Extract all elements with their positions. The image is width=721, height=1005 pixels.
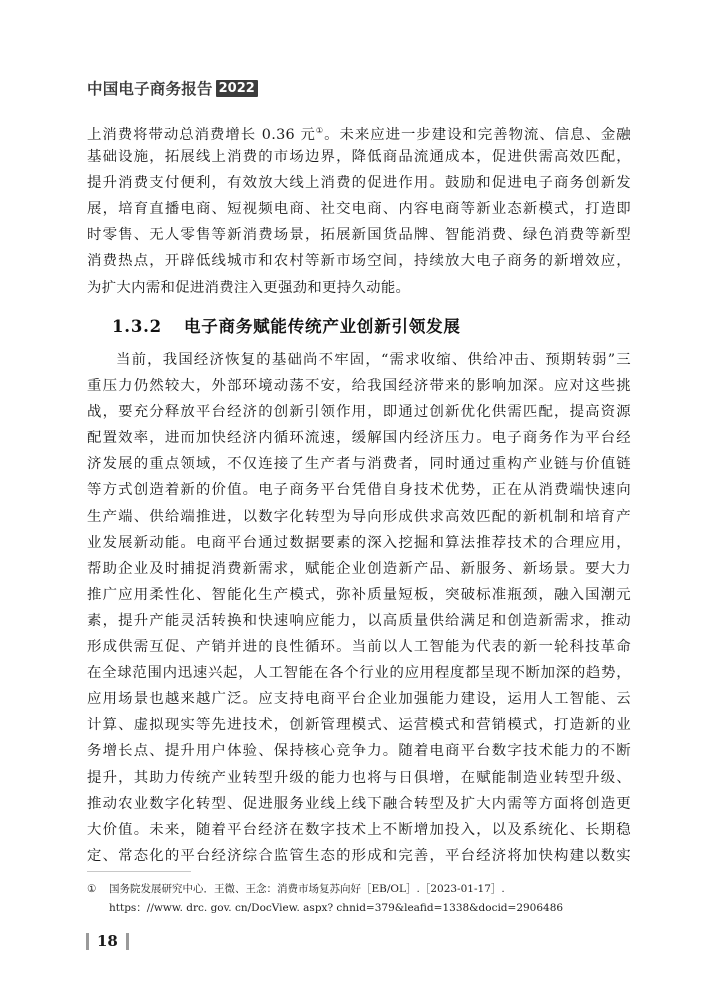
section-title: 电子商务赋能传统产业创新引领发展: [184, 317, 461, 336]
text-line: 定、常态化的平台经济综合监管生态的形成和完善，平台经济将加快构建以数实: [87, 843, 631, 869]
text-line: 上消费将带动总消费增长 0.36 元①。未来应进一步建设和完善物流、信息、金融: [87, 118, 631, 144]
page-number: 18: [97, 932, 118, 950]
text-line: 提升，其助力传统产业转型升级的能力也将与日俱增，在赋能制造业转型升级、: [87, 765, 631, 791]
folio-bar-right: [126, 933, 129, 950]
text-line: 应用场景也越来越广泛。应支持电商平台企业加强能力建设，运用人工智能、云: [87, 686, 631, 712]
text-line: 提升消费支付便利，有效放大线上消费的促进作用。鼓励和促进电子商务创新发: [87, 170, 631, 196]
footnote: ①国务院发展研究中心．王微、王念：消费市场复苏向好［EB/OL］.［2023-0…: [87, 880, 563, 918]
text-line: 消费热点，开辟低线城市和农村等新市场空间，持续放大电子商务的新增效应，: [87, 248, 631, 274]
footnote-citation: 国务院发展研究中心．王微、王念：消费市场复苏向好［EB/OL］.［2023-01…: [109, 883, 505, 895]
text-line: 帮助企业及时捕捉消费新需求，赋能企业创造新产品、新服务、新场景。要大力: [87, 556, 631, 582]
footnote-divider: [87, 871, 191, 872]
text-line: 务增长点、提升用户体验、保持核心竞争力。随着电商平台数字技术能力的不断: [87, 738, 631, 764]
text-line: 展，培育直播电商、短视频电商、社交电商、内容电商等新业态新模式，打造即: [87, 196, 631, 222]
text-line: 时零售、无人零售等新消费场景，拓展新国货品牌、智能消费、绿色消费等新型: [87, 222, 631, 248]
text-line: 推广应用柔性化、智能化生产模式，弥补质量短板，突破标准瓶颈，融入国潮元: [87, 582, 631, 608]
report-title: 中国电子商务报告: [87, 77, 213, 99]
text-line: 济发展的重点领域，不仅连接了生产者与消费者，同时通过重构产业链与价值链: [87, 451, 631, 477]
text-line: 在全球范围内迅速兴起，人工智能在各个行业的应用程度都呈现不断加深的趋势，: [87, 660, 631, 686]
text-line: 当前，我国经济恢复的基础尚不牢固，“需求收缩、供给冲击、预期转弱”三: [87, 347, 631, 373]
paragraph-industry-innovation: 当前，我国经济恢复的基础尚不牢固，“需求收缩、供给冲击、预期转弱”三 重压力仍然…: [87, 347, 631, 869]
text-line: 大价值。未来，随着平台经济在数字技术上不断增加投入，以及系统化、长期稳: [87, 817, 631, 843]
text-line: 形成供需互促、产销并进的良性循环。当前以人工智能为代表的新一轮科技革命: [87, 634, 631, 660]
paragraph-consumption: 上消费将带动总消费增长 0.36 元①。未来应进一步建设和完善物流、信息、金融 …: [87, 118, 631, 301]
page-folio: 18: [86, 932, 129, 950]
year-badge: 2022: [216, 80, 258, 97]
text-line: 计算、虚拟现实等先进技术，创新管理模式、运营模式和营销模式，打造新的业: [87, 712, 631, 738]
text-line: 业发展新动能。电商平台通过数据要素的深入挖掘和算法推荐技术的合理应用，: [87, 530, 631, 556]
text-line: 推动农业数字化转型、促进服务业线上线下融合转型及扩大内需等方面将创造更: [87, 791, 631, 817]
section-heading: 1.3.2电子商务赋能传统产业创新引领发展: [112, 313, 461, 337]
text-line: 基础设施，拓展线上消费的市场边界，降低商品流通成本，促进供需高效匹配，: [87, 144, 631, 170]
text-line: 生产端、供给端推进，以数字化转型为导向形成供求高效匹配的新机制和培育产: [87, 504, 631, 530]
text-line: 为扩大内需和促进消费注入更强劲和更持久动能。: [87, 275, 631, 301]
folio-bar-left: [86, 933, 89, 950]
text-line: 素，提升产能灵活转换和快速响应能力，以高质量供给满足和创造新需求，推动: [87, 608, 631, 634]
running-header: 中国电子商务报告 2022: [87, 78, 258, 98]
footnote-ref[interactable]: ①: [316, 126, 324, 135]
footnote-url[interactable]: https：//www. drc. gov. cn/DocView. aspx?…: [87, 899, 563, 918]
text-line: 战，要充分释放平台经济的创新引领作用，即通过创新优化供需匹配，提高资源: [87, 399, 631, 425]
section-number: 1.3.2: [112, 317, 162, 336]
text-line: 重压力仍然较大，外部环境动荡不安，给我国经济带来的影响加深。应对这些挑: [87, 373, 631, 399]
text-line: 配置效率，进而加快经济内循环流速，缓解国内经济压力。电子商务作为平台经: [87, 425, 631, 451]
footnote-mark: ①: [87, 880, 109, 899]
text-line: 等方式创造着新的价值。电子商务平台凭借自身技术优势，正在从消费端快速向: [87, 477, 631, 503]
